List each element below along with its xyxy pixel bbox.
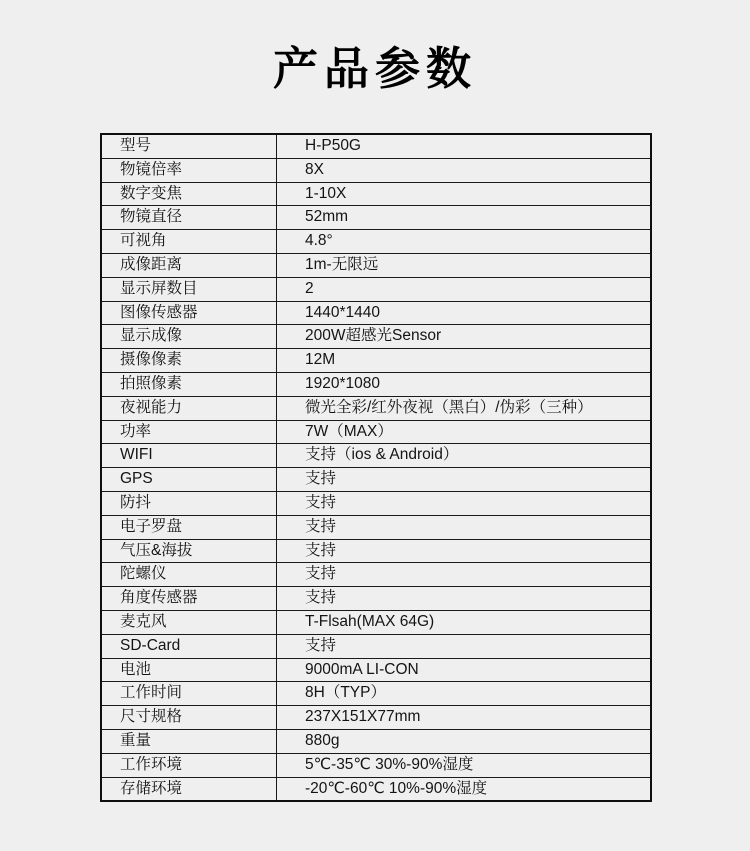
spec-value: 支持（ios & Android）: [277, 444, 652, 468]
spec-label: 气压&海拔: [101, 539, 277, 563]
spec-value: 200W超感光Sensor: [277, 325, 652, 349]
spec-row: 显示屏数目2: [101, 277, 651, 301]
spec-value: 1m-无限远: [277, 253, 652, 277]
spec-row: 摄像像素12M: [101, 349, 651, 373]
spec-label: 尺寸规格: [101, 706, 277, 730]
spec-row: 物镜倍率8X: [101, 158, 651, 182]
spec-value: 1440*1440: [277, 301, 652, 325]
spec-label: 摄像像素: [101, 349, 277, 373]
spec-label: 功率: [101, 420, 277, 444]
spec-label: 电池: [101, 658, 277, 682]
spec-row: SD-Card支持: [101, 634, 651, 658]
spec-row: 电子罗盘支持: [101, 515, 651, 539]
spec-label: 物镜直径: [101, 206, 277, 230]
spec-value: 支持: [277, 563, 652, 587]
spec-label: 陀螺仪: [101, 563, 277, 587]
spec-label: 成像距离: [101, 253, 277, 277]
spec-value: 4.8°: [277, 230, 652, 254]
spec-value: 8H（TYP）: [277, 682, 652, 706]
spec-row: 数字变焦1-10X: [101, 182, 651, 206]
spec-row: 陀螺仪支持: [101, 563, 651, 587]
spec-value: 2: [277, 277, 652, 301]
spec-label: 夜视能力: [101, 396, 277, 420]
spec-row: 存储环境-20℃-60℃ 10%-90%湿度: [101, 777, 651, 801]
spec-label: 工作时间: [101, 682, 277, 706]
spec-row: 成像距离1m-无限远: [101, 253, 651, 277]
spec-table-body: 型号H-P50G物镜倍率8X数字变焦1-10X物镜直径52mm可视角4.8°成像…: [101, 134, 651, 801]
spec-row: 角度传感器支持: [101, 587, 651, 611]
spec-value: 12M: [277, 349, 652, 373]
spec-label: SD-Card: [101, 634, 277, 658]
spec-label: 工作环境: [101, 753, 277, 777]
spec-value: 1-10X: [277, 182, 652, 206]
spec-row: 气压&海拔支持: [101, 539, 651, 563]
spec-label: 显示屏数目: [101, 277, 277, 301]
spec-row: 图像传感器1440*1440: [101, 301, 651, 325]
spec-value: T-Flsah(MAX 64G): [277, 610, 652, 634]
spec-label: 显示成像: [101, 325, 277, 349]
spec-row: 可视角4.8°: [101, 230, 651, 254]
spec-row: 工作时间8H（TYP）: [101, 682, 651, 706]
spec-label: 型号: [101, 134, 277, 158]
spec-label: 可视角: [101, 230, 277, 254]
spec-value: 237X151X77mm: [277, 706, 652, 730]
spec-row: 尺寸规格237X151X77mm: [101, 706, 651, 730]
spec-row: 显示成像200W超感光Sensor: [101, 325, 651, 349]
spec-value: 7W（MAX）: [277, 420, 652, 444]
spec-value: H-P50G: [277, 134, 652, 158]
spec-value: 支持: [277, 539, 652, 563]
spec-value: 1920*1080: [277, 372, 652, 396]
spec-row: 防抖支持: [101, 491, 651, 515]
spec-label: WIFI: [101, 444, 277, 468]
spec-row: 型号H-P50G: [101, 134, 651, 158]
spec-label: 角度传感器: [101, 587, 277, 611]
spec-label: 拍照像素: [101, 372, 277, 396]
spec-row: 功率7W（MAX）: [101, 420, 651, 444]
spec-label: 重量: [101, 729, 277, 753]
spec-label: 存储环境: [101, 777, 277, 801]
spec-row: 麦克风T-Flsah(MAX 64G): [101, 610, 651, 634]
spec-row: 夜视能力微光全彩/红外夜视（黑白）/伪彩（三种）: [101, 396, 651, 420]
spec-value: 9000mA LI-CON: [277, 658, 652, 682]
spec-value: 支持: [277, 491, 652, 515]
spec-value: 支持: [277, 468, 652, 492]
spec-value: 5℃-35℃ 30%-90%湿度: [277, 753, 652, 777]
spec-row: 工作环境5℃-35℃ 30%-90%湿度: [101, 753, 651, 777]
spec-value: 支持: [277, 634, 652, 658]
spec-value: 支持: [277, 587, 652, 611]
page-title: 产品参数: [0, 40, 750, 98]
spec-row: 物镜直径52mm: [101, 206, 651, 230]
spec-label: GPS: [101, 468, 277, 492]
spec-value: 52mm: [277, 206, 652, 230]
product-spec-table: 型号H-P50G物镜倍率8X数字变焦1-10X物镜直径52mm可视角4.8°成像…: [100, 133, 652, 802]
spec-row: GPS支持: [101, 468, 651, 492]
spec-label: 麦克风: [101, 610, 277, 634]
spec-row: 电池9000mA LI-CON: [101, 658, 651, 682]
spec-value: -20℃-60℃ 10%-90%湿度: [277, 777, 652, 801]
spec-label: 图像传感器: [101, 301, 277, 325]
spec-label: 防抖: [101, 491, 277, 515]
spec-row: 重量880g: [101, 729, 651, 753]
spec-value: 8X: [277, 158, 652, 182]
spec-row: 拍照像素1920*1080: [101, 372, 651, 396]
spec-label: 数字变焦: [101, 182, 277, 206]
spec-label: 电子罗盘: [101, 515, 277, 539]
spec-value: 微光全彩/红外夜视（黑白）/伪彩（三种）: [277, 396, 652, 420]
spec-value: 支持: [277, 515, 652, 539]
spec-label: 物镜倍率: [101, 158, 277, 182]
spec-row: WIFI支持（ios & Android）: [101, 444, 651, 468]
spec-value: 880g: [277, 729, 652, 753]
